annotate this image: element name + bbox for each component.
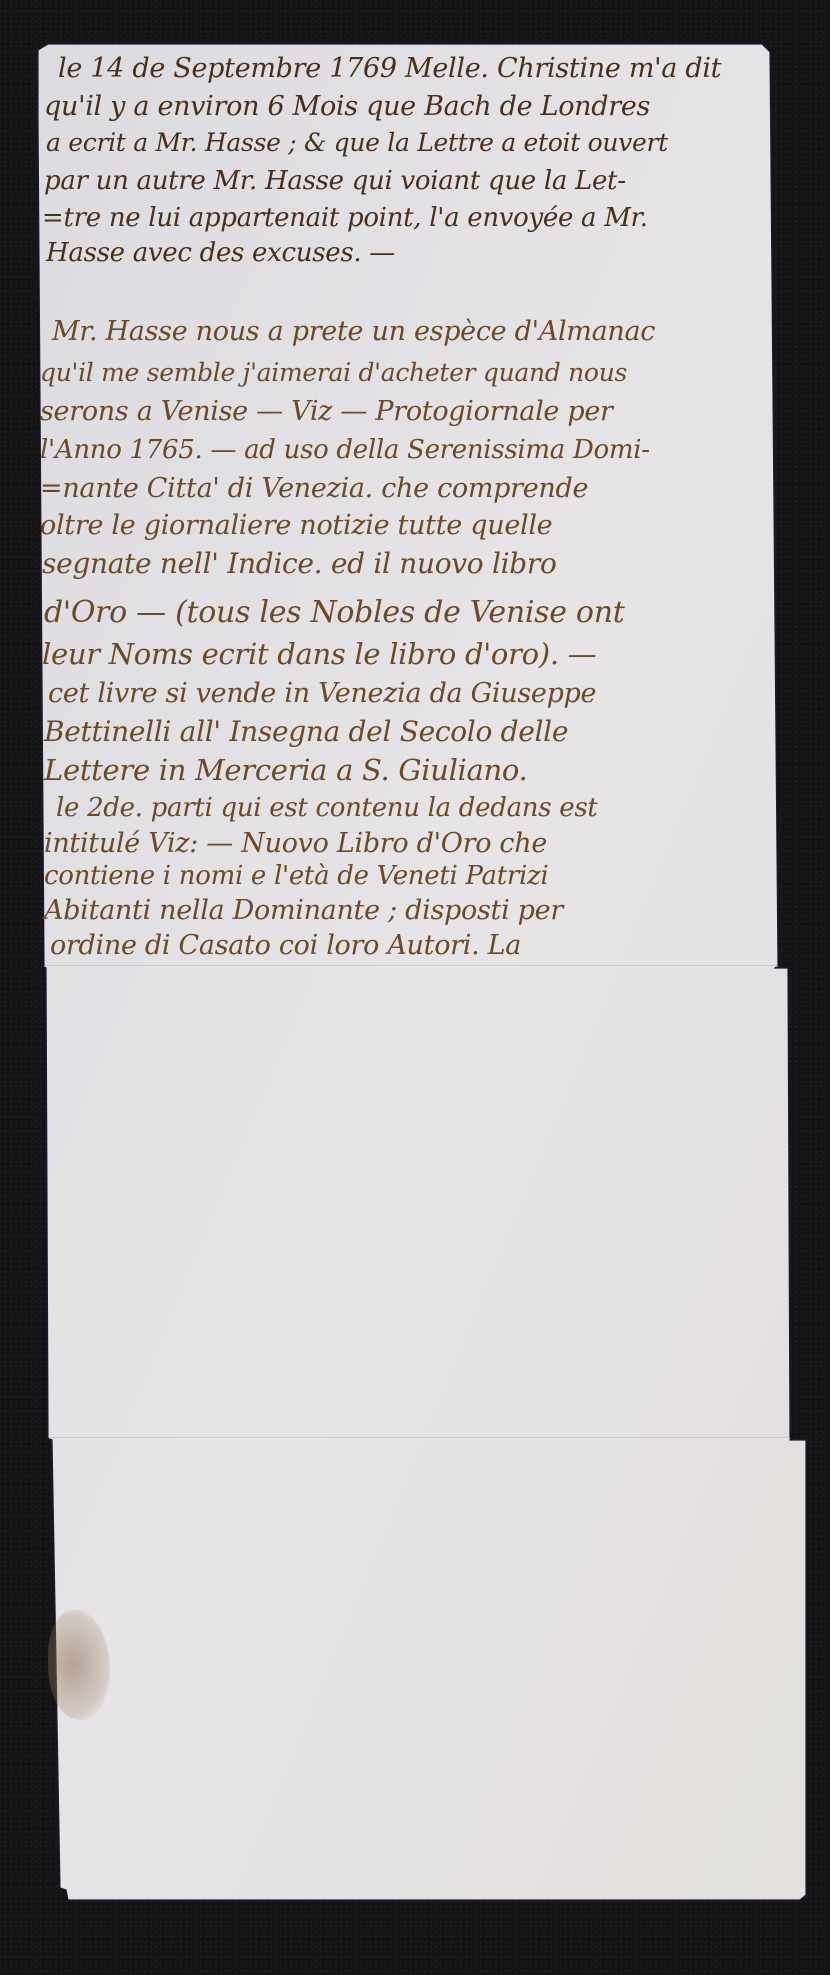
entry-1-line: le 14 de Septembre 1769 Melle. Christine… bbox=[58, 55, 721, 82]
entry-2-line: serons a Venise — Viz — Protogiornale pe… bbox=[40, 398, 613, 425]
entry-1-line: a ecrit a Mr. Hasse ; & que la Lettre a … bbox=[46, 130, 668, 155]
entry-2-line: ordine di Casato coi loro Autori. La bbox=[50, 932, 521, 959]
entry-2-line: Mr. Hasse nous a prete un espèce d'Alman… bbox=[52, 318, 655, 345]
entry-2-line: l'Anno 1765. — ad uso della Serenissima … bbox=[40, 437, 650, 463]
manuscript-page: le 14 de Septembre 1769 Melle. Christine… bbox=[0, 0, 830, 1975]
entry-1-line: qu'il y a environ 6 Mois que Bach de Lon… bbox=[44, 93, 650, 120]
entry-1-line: Hasse avec des excuses. — bbox=[46, 240, 395, 266]
entry-2-line: Lettere in Merceria a S. Giuliano. bbox=[44, 756, 527, 785]
fold-line bbox=[44, 965, 778, 967]
entry-1-line: par un autre Mr. Hasse qui voiant que la… bbox=[44, 168, 626, 194]
entry-2-line: qu'il me semble j'aimerai d'acheter quan… bbox=[40, 360, 627, 385]
entry-2-line: cet livre si vende in Venezia da Giusepp… bbox=[48, 680, 596, 707]
entry-2-line: =nante Citta' di Venezia. che comprende bbox=[40, 475, 588, 502]
fold-line bbox=[50, 1437, 790, 1439]
entry-2-line: oltre le giornaliere notizie tutte quell… bbox=[40, 512, 552, 539]
entry-2-line: segnate nell' Indice. ed il nuovo libro bbox=[42, 550, 557, 578]
entry-2-line: Bettinelli all' Insegna del Secolo delle bbox=[44, 718, 568, 746]
entry-2-line: intitulé Viz: — Nuovo Libro d'Oro che bbox=[44, 830, 547, 857]
paper-sheet bbox=[0, 0, 830, 1975]
entry-2-line: leur Noms ecrit dans le libro d'oro). — bbox=[42, 640, 596, 669]
entry-2-line: Abitanti nella Dominante ; disposti per bbox=[44, 897, 563, 924]
entry-2-line: le 2de. parti qui est contenu la dedans … bbox=[56, 795, 598, 821]
entry-1-line: =tre ne lui appartenait point, l'a envoy… bbox=[42, 205, 648, 231]
entry-2-line: contiene i nomi e l'età de Veneti Patriz… bbox=[44, 863, 548, 889]
entry-2-line: d'Oro — (tous les Nobles de Venise ont bbox=[44, 598, 624, 628]
